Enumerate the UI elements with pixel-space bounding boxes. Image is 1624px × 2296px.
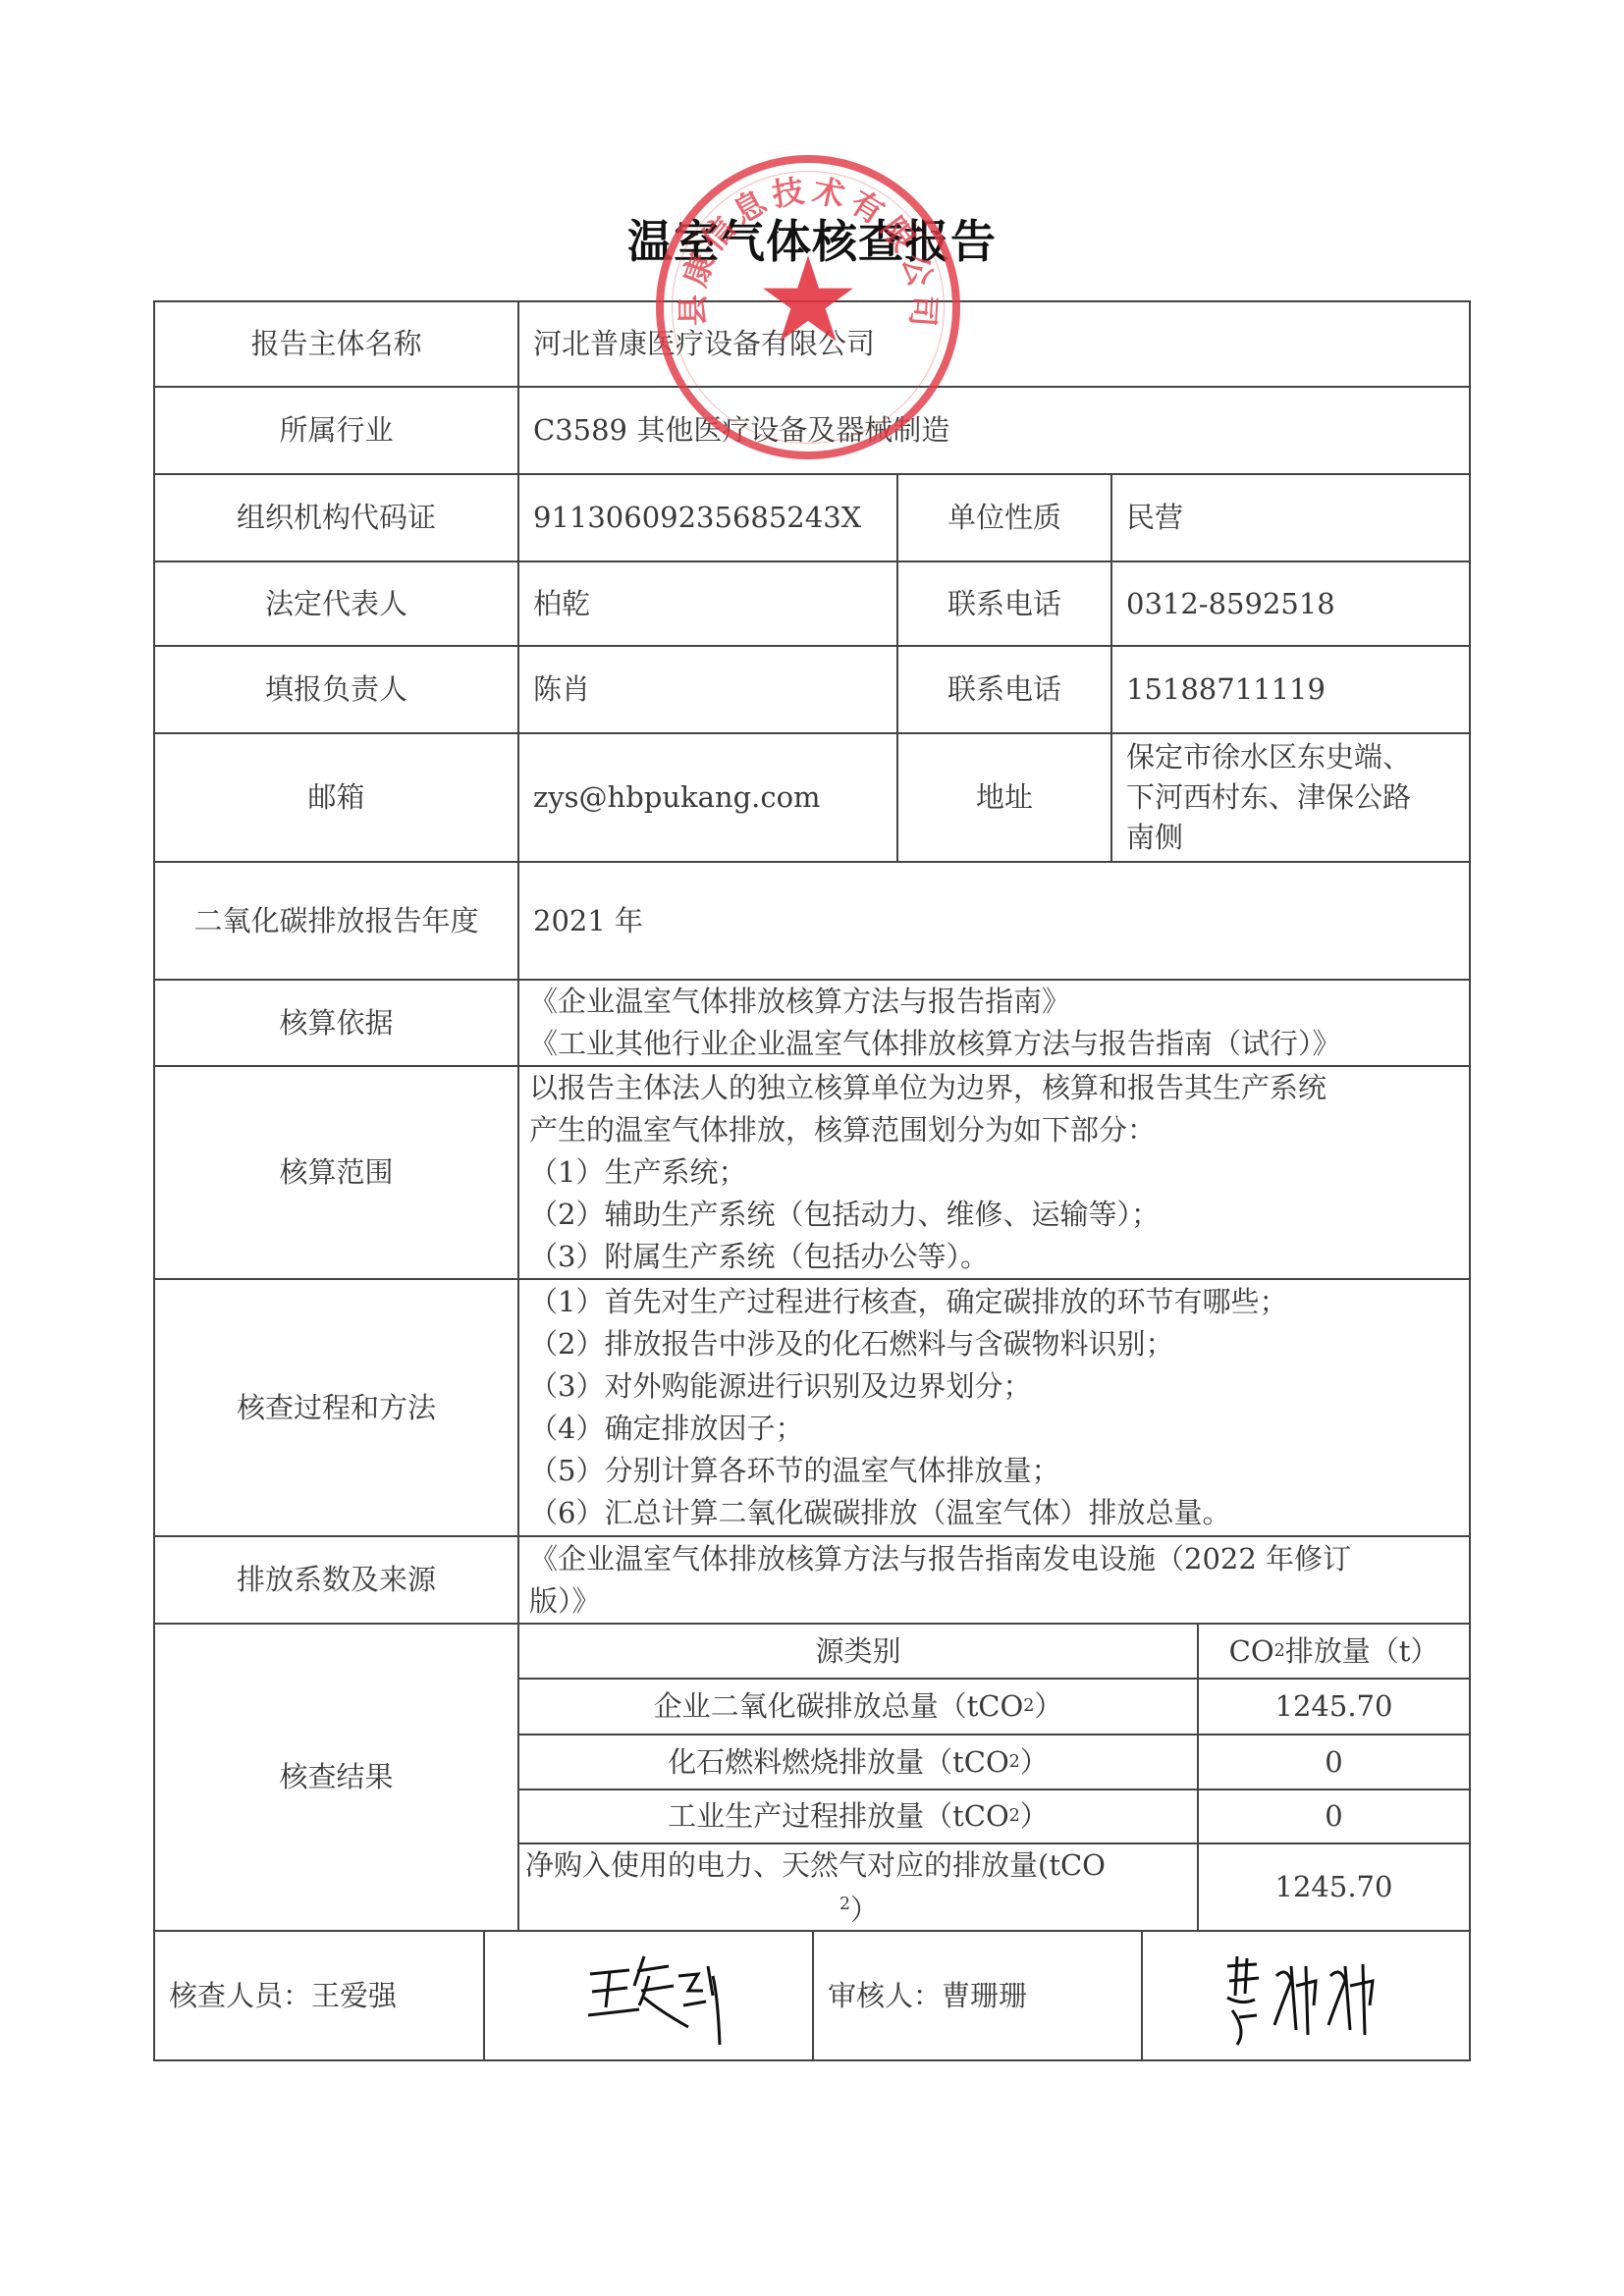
org-code-label: 组织机构代码证 [155, 475, 517, 561]
process-line: （2）排放报告中涉及的化石燃料与含碳物料识别； [529, 1323, 1173, 1365]
reporter-label: 填报负责人 [155, 647, 517, 732]
address-line: 保定市徐水区东史端、 [1126, 737, 1411, 777]
report-year-label: 二氧化碳排放报告年度 [155, 863, 517, 979]
emission-factor-label: 排放系数及来源 [155, 1537, 517, 1623]
process-line: （3）对外购能源进行识别及边界划分； [529, 1365, 1031, 1408]
result-source-tail-line: 2） [525, 1885, 1193, 1930]
result-source-sup: 2 [1009, 1795, 1020, 1838]
legal-rep-phone-value: 0312-8592518 [1112, 562, 1469, 645]
verification-process-label: 核查过程和方法 [155, 1280, 517, 1535]
table-border [153, 2059, 1471, 2061]
accounting-scope-label: 核算范围 [155, 1067, 517, 1278]
co2-amount-header: CO2排放量（t） [1199, 1625, 1469, 1678]
process-line: （5）分别计算各环节的温室气体排放量； [529, 1450, 1059, 1492]
co2-subscript: 2 [1274, 1630, 1285, 1673]
result-source: 企业二氧化碳排放总量（tCO2） [519, 1680, 1197, 1734]
result-source-tail: ） [1020, 1795, 1049, 1838]
result-amount: 1245.70 [1199, 1680, 1469, 1734]
scope-line: 以报告主体法人的独立核算单位为边界，核算和报告其生产系统 [529, 1067, 1326, 1109]
co2-suffix: 排放量（t） [1285, 1630, 1439, 1673]
reporter-value: 陈肖 [519, 647, 896, 732]
entity-type-value: 民营 [1112, 475, 1469, 561]
address-line: 下河西村东、津保公路 [1126, 777, 1411, 818]
accounting-basis-value: 《企业温室气体排放核算方法与报告指南》 《工业其他行业企业温室气体排放核算方法与… [519, 981, 1469, 1065]
process-line: （1）首先对生产过程进行核查，确定碳排放的环节有哪些； [529, 1281, 1287, 1323]
entity-name-value: 河北普康医疗设备有限公司 [519, 302, 1469, 386]
verifier-label: 核查人员：王爱强 [155, 1932, 483, 2059]
legal-rep-value: 柏乾 [519, 562, 896, 645]
accounting-basis-label: 核算依据 [155, 981, 517, 1065]
result-amount: 0 [1199, 1790, 1469, 1842]
reviewer-label: 审核人：曹珊珊 [814, 1932, 1141, 2059]
verifier-signature [485, 1932, 812, 2059]
factor-line: 版）》 [529, 1580, 601, 1623]
address-value: 保定市徐水区东史端、 下河西村东、津保公路 南侧 [1112, 734, 1469, 861]
entity-name-label: 报告主体名称 [155, 302, 517, 386]
table-border [1469, 300, 1471, 2061]
reporter-phone-value: 15188711119 [1112, 647, 1469, 732]
industry-value: C3589 其他医疗设备及器械制造 [519, 388, 1469, 473]
scope-line: （3）附属生产系统（包括办公等）。 [529, 1236, 989, 1278]
result-source: 净购入使用的电力、天然气对应的排放量(tCO 2） [525, 1844, 1193, 1930]
basis-line: 《企业温室气体排放核算方法与报告指南》 [529, 981, 1070, 1023]
address-label: 地址 [898, 734, 1110, 861]
legal-rep-phone-label: 联系电话 [898, 562, 1110, 645]
report-year-value: 2021 年 [519, 863, 1469, 979]
result-source-text: 工业生产过程排放量（tCO [668, 1795, 1009, 1838]
scope-line: 产生的温室气体排放，核算范围划分为如下部分： [529, 1109, 1156, 1151]
org-code-value: 91130609235685243X [519, 475, 896, 561]
basis-line: 《工业其他行业企业温室气体排放核算方法与报告指南（试行）》 [529, 1023, 1341, 1065]
email-label: 邮箱 [155, 734, 517, 861]
result-amount: 1245.70 [1199, 1844, 1469, 1930]
industry-label: 所属行业 [155, 388, 517, 473]
reviewer-signature-icon [1198, 1937, 1414, 2055]
result-source: 化石燃料燃烧排放量（tCO2） [519, 1735, 1197, 1789]
scope-line: （1）生产系统； [529, 1151, 746, 1194]
result-source-tail: ） [850, 1893, 879, 1926]
reviewer-signature [1143, 1932, 1469, 2059]
scope-line: （2）辅助生产系统（包括动力、维修、运输等）； [529, 1194, 1160, 1236]
result-source-sup: 2 [1009, 1741, 1020, 1784]
result-source-text: 化石燃料燃烧排放量（tCO [668, 1741, 1009, 1784]
result-source-text: 企业二氧化碳排放总量（tCO [654, 1685, 1024, 1728]
document-title: 温室气体核查报告 [0, 206, 1624, 271]
verification-process-value: （1）首先对生产过程进行核查，确定碳排放的环节有哪些； （2）排放报告中涉及的化… [519, 1280, 1469, 1535]
result-source-sup: 2 [839, 1895, 850, 1914]
entity-type-label: 单位性质 [898, 475, 1110, 561]
source-category-header: 源类别 [519, 1625, 1197, 1678]
address-line: 南侧 [1126, 818, 1183, 858]
result-source-text: 净购入使用的电力、天然气对应的排放量(tCO [525, 1845, 1193, 1885]
result-amount: 0 [1199, 1735, 1469, 1789]
process-line: （4）确定排放因子； [529, 1408, 803, 1450]
emission-factor-value: 《企业温室气体排放核算方法与报告指南发电设施（2022 年修订 版）》 [519, 1537, 1469, 1623]
co2-prefix: CO [1229, 1630, 1274, 1673]
verification-result-label: 核查结果 [155, 1625, 517, 1930]
result-source-sup: 2 [1023, 1685, 1034, 1728]
factor-line: 《企业温室气体排放核算方法与报告指南发电设施（2022 年修订 [529, 1538, 1351, 1580]
reporter-phone-label: 联系电话 [898, 647, 1110, 732]
accounting-scope-value: 以报告主体法人的独立核算单位为边界，核算和报告其生产系统 产生的温室气体排放，核… [519, 1067, 1469, 1278]
result-source-tail: ） [1020, 1741, 1049, 1784]
result-source: 工业生产过程排放量（tCO2） [519, 1790, 1197, 1842]
legal-rep-label: 法定代表人 [155, 562, 517, 645]
process-line: （6）汇总计算二氧化碳碳排放（温室气体）排放总量。 [529, 1492, 1230, 1534]
verifier-signature-icon [551, 1937, 747, 2055]
result-source-tail: ） [1034, 1685, 1062, 1728]
email-value: zys@hbpukang.com [519, 734, 896, 861]
